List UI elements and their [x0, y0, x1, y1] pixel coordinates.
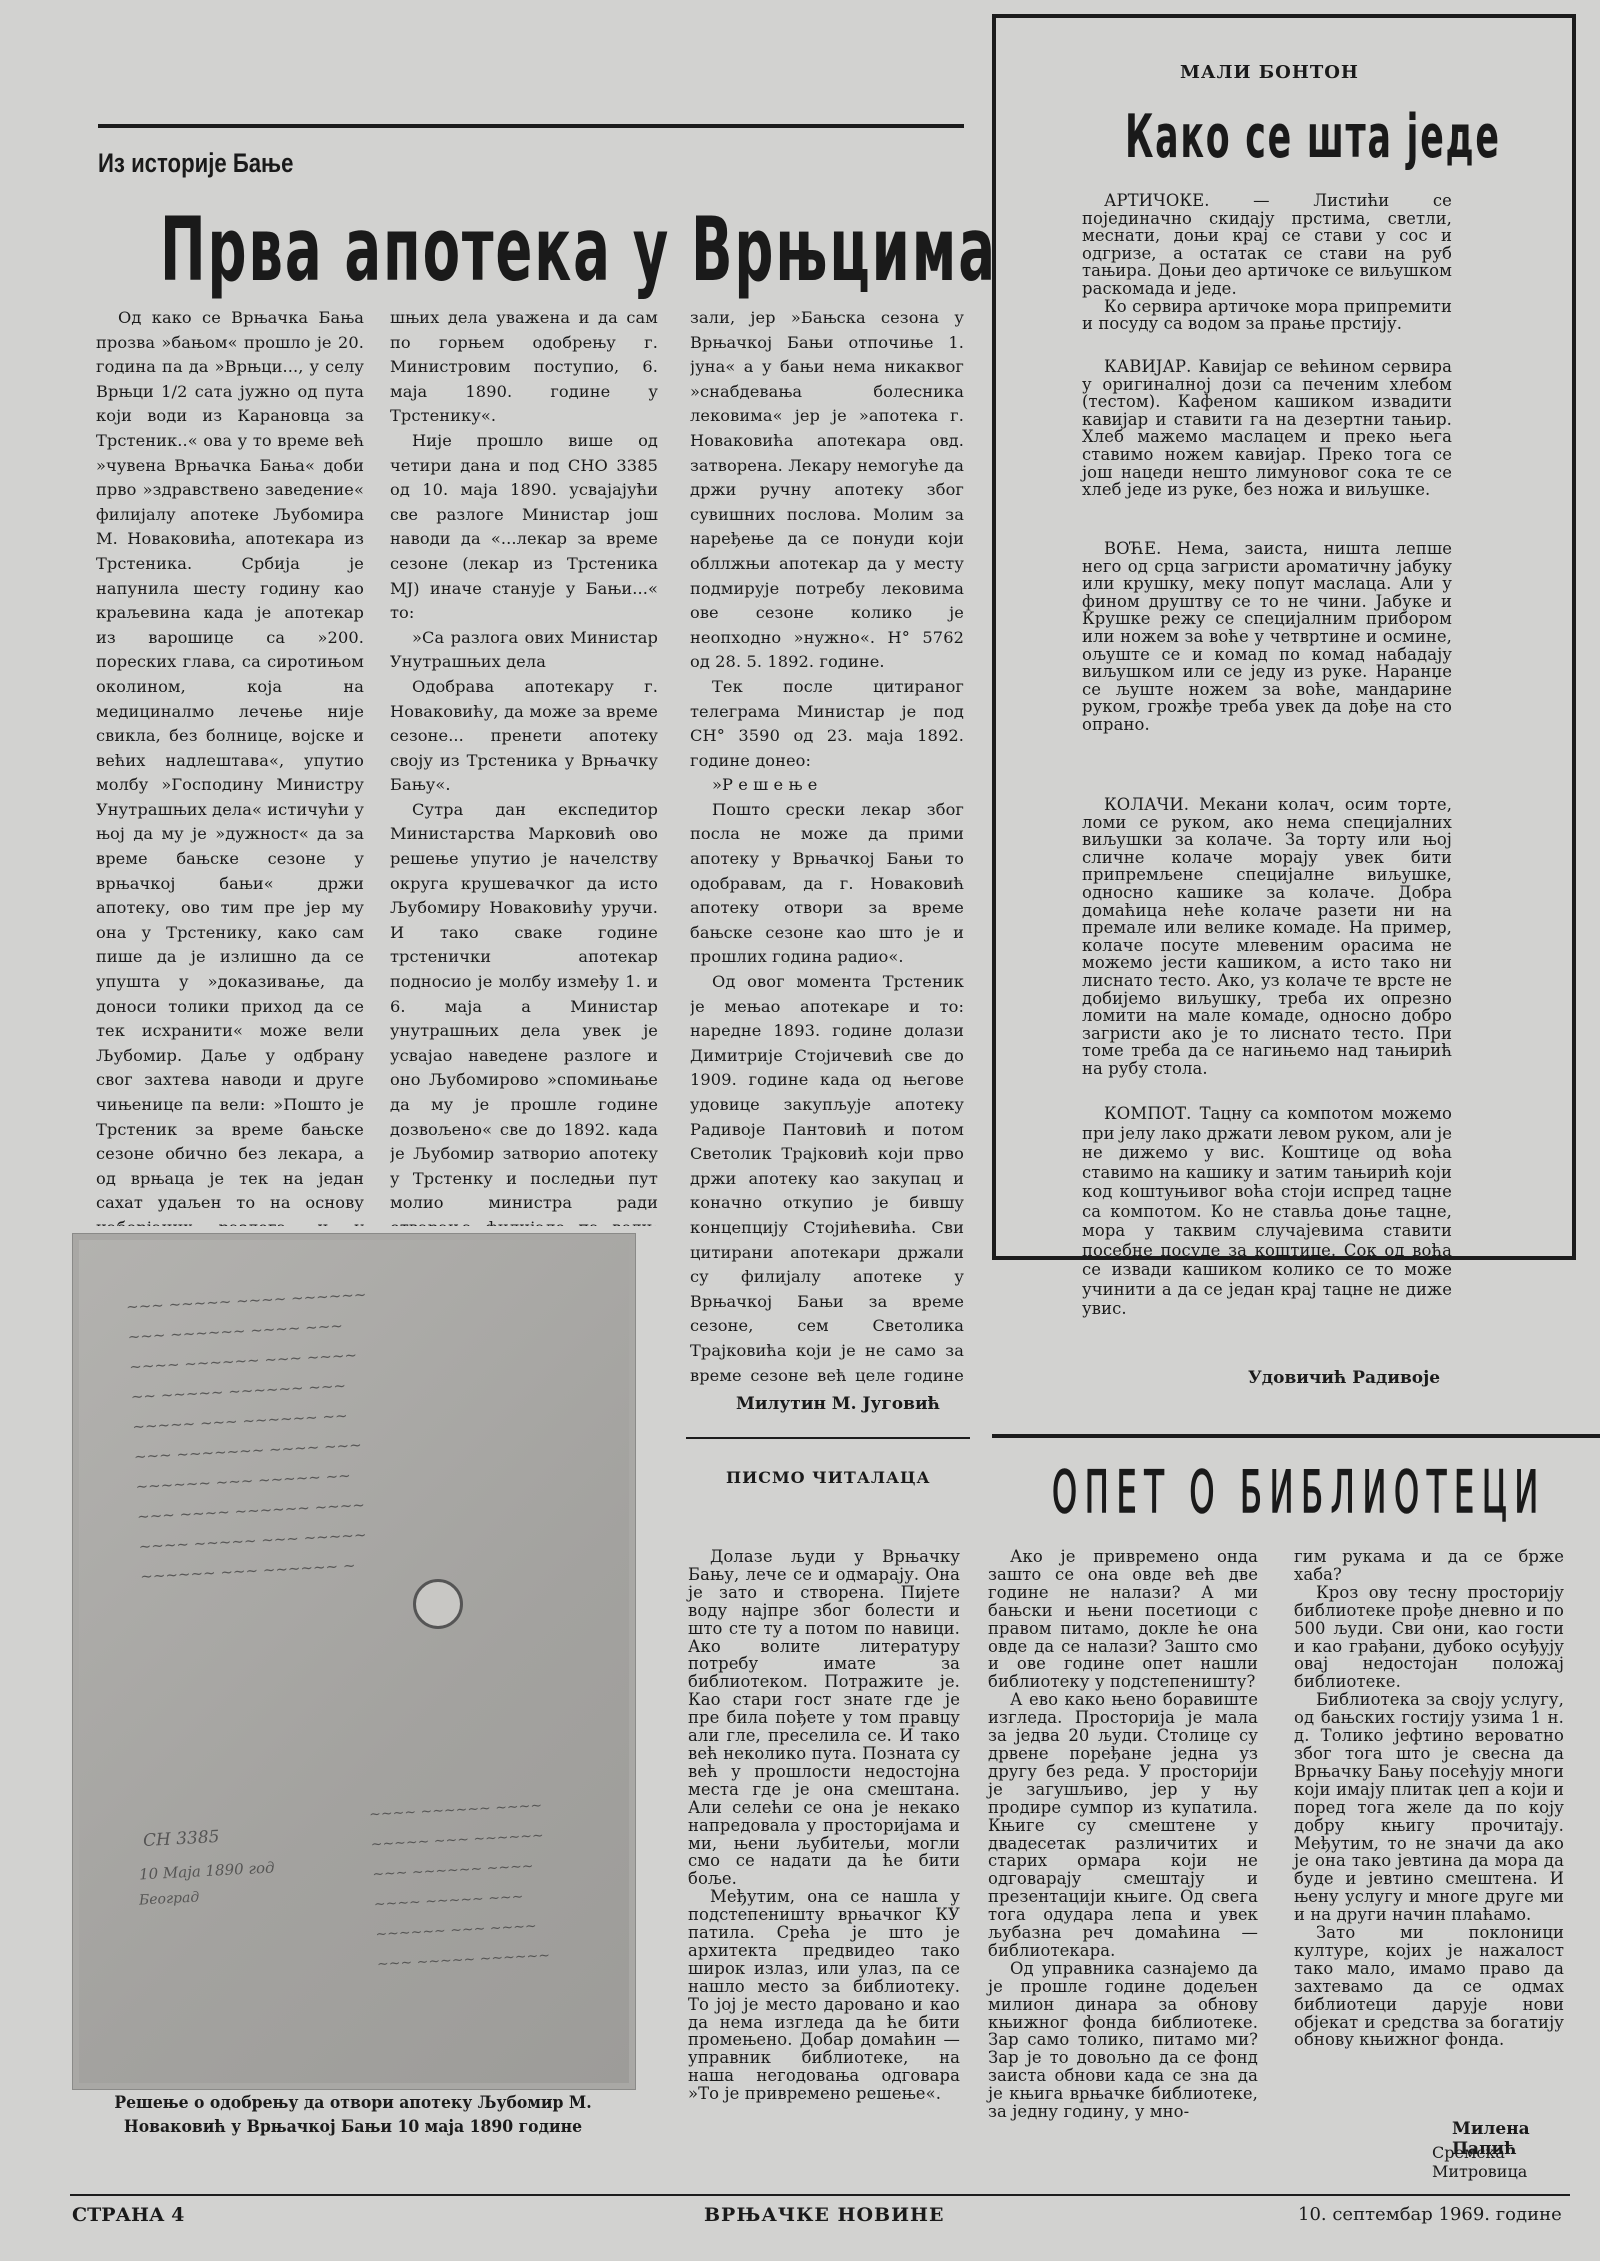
paragraph: Зато ми поклоници културе, којих је нажа…: [1294, 1924, 1564, 2049]
pharmacy-author: Милутин М. Југовић: [736, 1394, 940, 1414]
paragraph: »Р е ш е њ е: [690, 773, 964, 798]
etiquette-author: Удовичић Радивоје: [1248, 1368, 1440, 1388]
etiquette-entry-compote: КОМПОТ. Тацну са компотом можемо при јел…: [1082, 1104, 1452, 1319]
handwritten-note: ~~~~ ~~~~~~ ~~~~~~~~~ ~~~ ~~~~~~~~~ ~~~~…: [368, 1788, 597, 1979]
entry-text: Ко сервира артичоке мора припремити и по…: [1082, 298, 1452, 333]
etiquette-section-label: МАЛИ БОНТОН: [1180, 62, 1359, 83]
entry-heading: КОЛАЧИ.: [1104, 795, 1189, 814]
etiquette-entry-artichoke: АРТИЧОКЕ. — Листићи се појединачно скида…: [1082, 192, 1452, 333]
page-number: СТРАНА 4: [72, 2204, 184, 2226]
entry-text: Мекани колач, осим торте, ломи се руком,…: [1082, 795, 1452, 1078]
paragraph: шњих дела уважена и да сам по горњем одо…: [390, 306, 658, 429]
paragraph: Сутра дан експедитор Министарства Марков…: [390, 798, 658, 1226]
paragraph: гим рукама и да се брже хаба?: [1294, 1548, 1564, 1584]
entry-text: Кавијар се већином сервира у оригиналној…: [1082, 357, 1452, 499]
entry-heading: АРТИЧОКЕ. —: [1104, 191, 1270, 210]
pharmacy-column-1: Од како се Врњачка Бања прозва »бањом« п…: [96, 306, 364, 1226]
paragraph: Кроз ову тесну просторију библиотеке про…: [1294, 1584, 1564, 1691]
footer-rule: [70, 2194, 1570, 2196]
paragraph: зали, јер »Бањска сезона у Врњачкој Бањи…: [690, 306, 964, 675]
etiquette-headline: Како се шта једе: [1125, 102, 1501, 172]
paragraph: Одобрава апотекару г. Новаковићу, да мож…: [390, 675, 658, 798]
photo-caption: Решење о одобрењу да отвори апотеку Љубо…: [94, 2091, 611, 2139]
paragraph: »Са разлога ових Министар Унутрашњих дел…: [390, 626, 658, 675]
entry-text: Тацну са компотом можемо при јелу лако д…: [1082, 1104, 1452, 1318]
paragraph: Међутим, она се нашла у подстепеништу вр…: [688, 1888, 960, 2103]
library-column-1: Долазе људи у Врњачку Бању, лече се и од…: [688, 1548, 960, 2103]
library-headline: ОПЕТ О БИБЛИОТЕЦИ: [1052, 1458, 1546, 1526]
paragraph: Ако је привремено онда зашто се она овде…: [988, 1548, 1258, 1691]
paragraph: Од овог момента Трстеник је мењао апотек…: [690, 970, 964, 1386]
entry-heading: КАВИЈАР.: [1104, 357, 1191, 376]
paragraph: Од како се Врњачка Бања прозва »бањом« п…: [96, 306, 364, 1226]
document-place: Београд: [138, 1882, 200, 1915]
entry-text: Нема, заиста, ништа лепше него од срца з…: [1082, 539, 1452, 734]
article-headline: Прва апотека у Врњцима: [160, 198, 997, 301]
paragraph: Пошто срески лекар због посла не може да…: [690, 798, 964, 970]
issue-date: 10. септембар 1969. године: [1298, 2204, 1562, 2225]
newspaper-name: ВРЊАЧКЕ НОВИНЕ: [704, 2204, 944, 2226]
article-kicker: Из историје Бање: [98, 148, 293, 179]
entry-heading: ВОЋЕ.: [1104, 539, 1161, 558]
document-number: СН 3385: [142, 1822, 220, 1856]
etiquette-entry-cakes: КОЛАЧИ. Мекани колач, осим торте, ломи с…: [1082, 796, 1452, 1078]
pharmacy-column-2: шњих дела уважена и да сам по горњем одо…: [390, 306, 658, 1226]
library-author-place: Сремска Митровица: [1432, 2143, 1600, 2181]
seal-stamp-icon: [413, 1579, 463, 1629]
entry-heading: КОМПОТ.: [1104, 1104, 1191, 1123]
paragraph: Од управника сазнајемо да је прошле годи…: [988, 1960, 1258, 2121]
paragraph: Библиотека за своју услугу, од бањских г…: [1294, 1691, 1564, 1924]
etiquette-entry-caviar: КАВИЈАР. Кавијар се већином сервира у ор…: [1082, 358, 1452, 499]
handwritten-text: ~~~ ~~~~~ ~~~~ ~~~~~~~~~ ~~~~~~ ~~~~ ~~~…: [125, 1276, 440, 1591]
historical-document-photo: ~~~ ~~~~~ ~~~~ ~~~~~~~~~ ~~~~~~ ~~~~ ~~~…: [72, 1233, 636, 2090]
library-column-3: гим рукама и да се брже хаба? Кроз ову т…: [1294, 1548, 1564, 2049]
paragraph: А ево како њено боравиште изгледа. Прост…: [988, 1691, 1258, 1960]
reader-letters-label: ПИСМО ЧИТАЛАЦА: [726, 1468, 931, 1487]
library-top-rule-right: [992, 1434, 1600, 1438]
library-column-2: Ако је привремено онда зашто се она овде…: [988, 1548, 1258, 2121]
paragraph: Тек после цитираног телеграма Министар ј…: [690, 675, 964, 773]
library-top-rule-left: [686, 1437, 970, 1439]
paragraph: Долазе људи у Врњачку Бању, лече се и од…: [688, 1548, 960, 1888]
pharmacy-column-3: зали, јер »Бањска сезона у Врњачкој Бањи…: [690, 306, 964, 1386]
etiquette-entry-fruit: ВОЋЕ. Нема, заиста, ништа лепше него од …: [1082, 540, 1452, 734]
top-rule: [98, 124, 964, 128]
paragraph: Није прошло више од четири дана и под СН…: [390, 429, 658, 626]
